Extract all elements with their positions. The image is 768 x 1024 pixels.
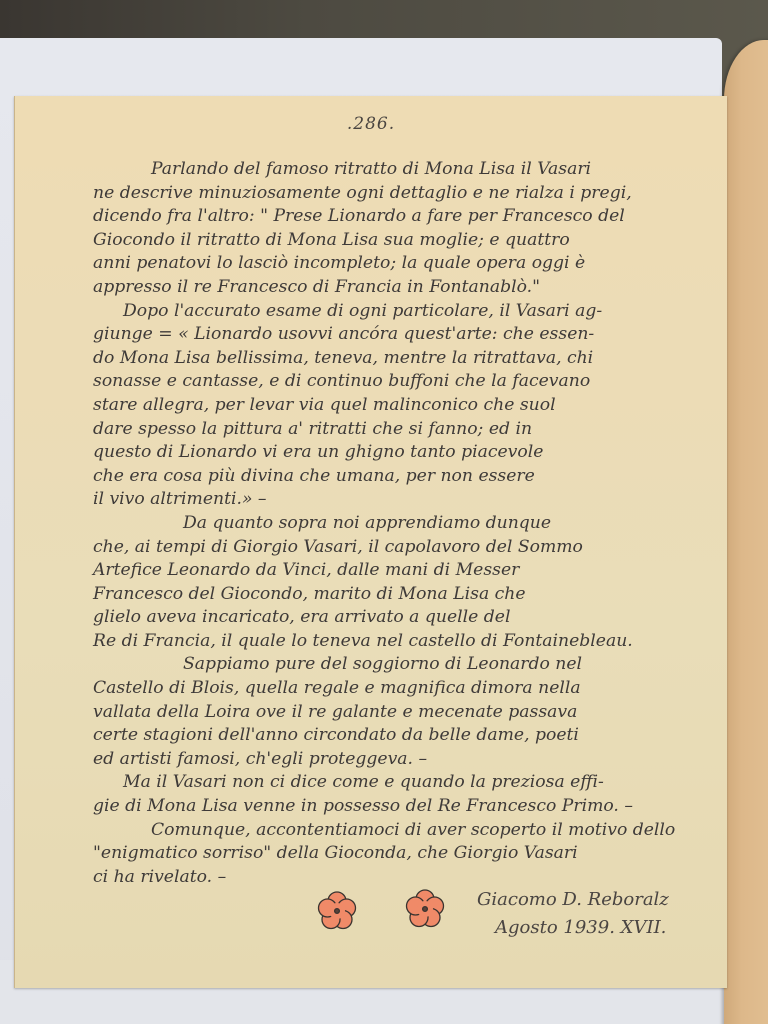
text-line: Giocondo il ritratto di Mona Lisa sua mo… bbox=[93, 229, 723, 253]
text-line: dare spesso la pittura a' ritratti che s… bbox=[93, 418, 723, 442]
text-line: il vivo altrimenti.» – bbox=[93, 488, 723, 512]
text-line: gie di Mona Lisa venne in possesso del R… bbox=[93, 795, 723, 819]
text-line: Comunque, accontentiamoci di aver scoper… bbox=[93, 819, 723, 843]
text-line: do Mona Lisa bellissima, teneva, mentre … bbox=[93, 347, 723, 371]
text-line: vallata della Loira ove il re galante e … bbox=[93, 701, 723, 725]
text-line: sonasse e cantasse, e di continuo buffon… bbox=[93, 370, 723, 394]
text-line: Castello di Blois, quella regale e magni… bbox=[93, 677, 723, 701]
text-line: "enigmatico sorriso" della Gioconda, che… bbox=[93, 842, 723, 866]
text-line: giunge = « Lionardo usovvi ancóra quest'… bbox=[93, 323, 723, 347]
manuscript-page: .286. Parlando del famoso ritratto di Mo… bbox=[14, 96, 727, 988]
rosette-flower-icon bbox=[402, 888, 448, 930]
text-line: Parlando del famoso ritratto di Mona Lis… bbox=[93, 158, 723, 182]
text-line: certe stagioni dell'anno circondato da b… bbox=[93, 724, 723, 748]
text-line: anni penatovi lo lasciò incompleto; la q… bbox=[93, 252, 723, 276]
page-number: .286. bbox=[15, 114, 727, 134]
text-line: stare allegra, per levar via quel malinc… bbox=[93, 394, 723, 418]
handwritten-text: Parlando del famoso ritratto di Mona Lis… bbox=[93, 158, 723, 889]
text-line: che, ai tempi di Giorgio Vasari, il capo… bbox=[93, 536, 723, 560]
signature-date: Agosto 1939. XVII. bbox=[477, 914, 669, 942]
text-line: Re di Francia, il quale lo teneva nel ca… bbox=[93, 630, 723, 654]
text-line: dicendo fra l'altro: " Prese Lionardo a … bbox=[93, 205, 723, 229]
text-line: Francesco del Giocondo, marito di Mona L… bbox=[93, 583, 723, 607]
text-line: questo di Lionardo vi era un ghigno tant… bbox=[93, 441, 723, 465]
text-line: ed artisti famosi, ch'egli proteggeva. – bbox=[93, 748, 723, 772]
text-line: Da quanto sopra noi apprendiamo dunque bbox=[93, 512, 723, 536]
text-line: ne descrive minuziosamente ogni dettagli… bbox=[93, 182, 723, 206]
text-line: glielo aveva incaricato, era arrivato a … bbox=[93, 606, 723, 630]
text-line: Ma il Vasari non ci dice come e quando l… bbox=[93, 771, 723, 795]
adjacent-page-edge bbox=[724, 40, 768, 1024]
text-line: Dopo l'accurato esame di ogni particolar… bbox=[93, 300, 723, 324]
rosette-flower-icon bbox=[314, 890, 360, 932]
signature-name: Giacomo D. Reboralz bbox=[477, 886, 669, 914]
text-line: Artefice Leonardo da Vinci, dalle mani d… bbox=[93, 559, 723, 583]
text-line: appresso il re Francesco di Francia in F… bbox=[93, 276, 723, 300]
text-line: Sappiamo pure del soggiorno di Leonardo … bbox=[93, 653, 723, 677]
signature-block: Giacomo D. Reboralz Agosto 1939. XVII. bbox=[477, 886, 669, 942]
text-line: che era cosa più divina che umana, per n… bbox=[93, 465, 723, 489]
